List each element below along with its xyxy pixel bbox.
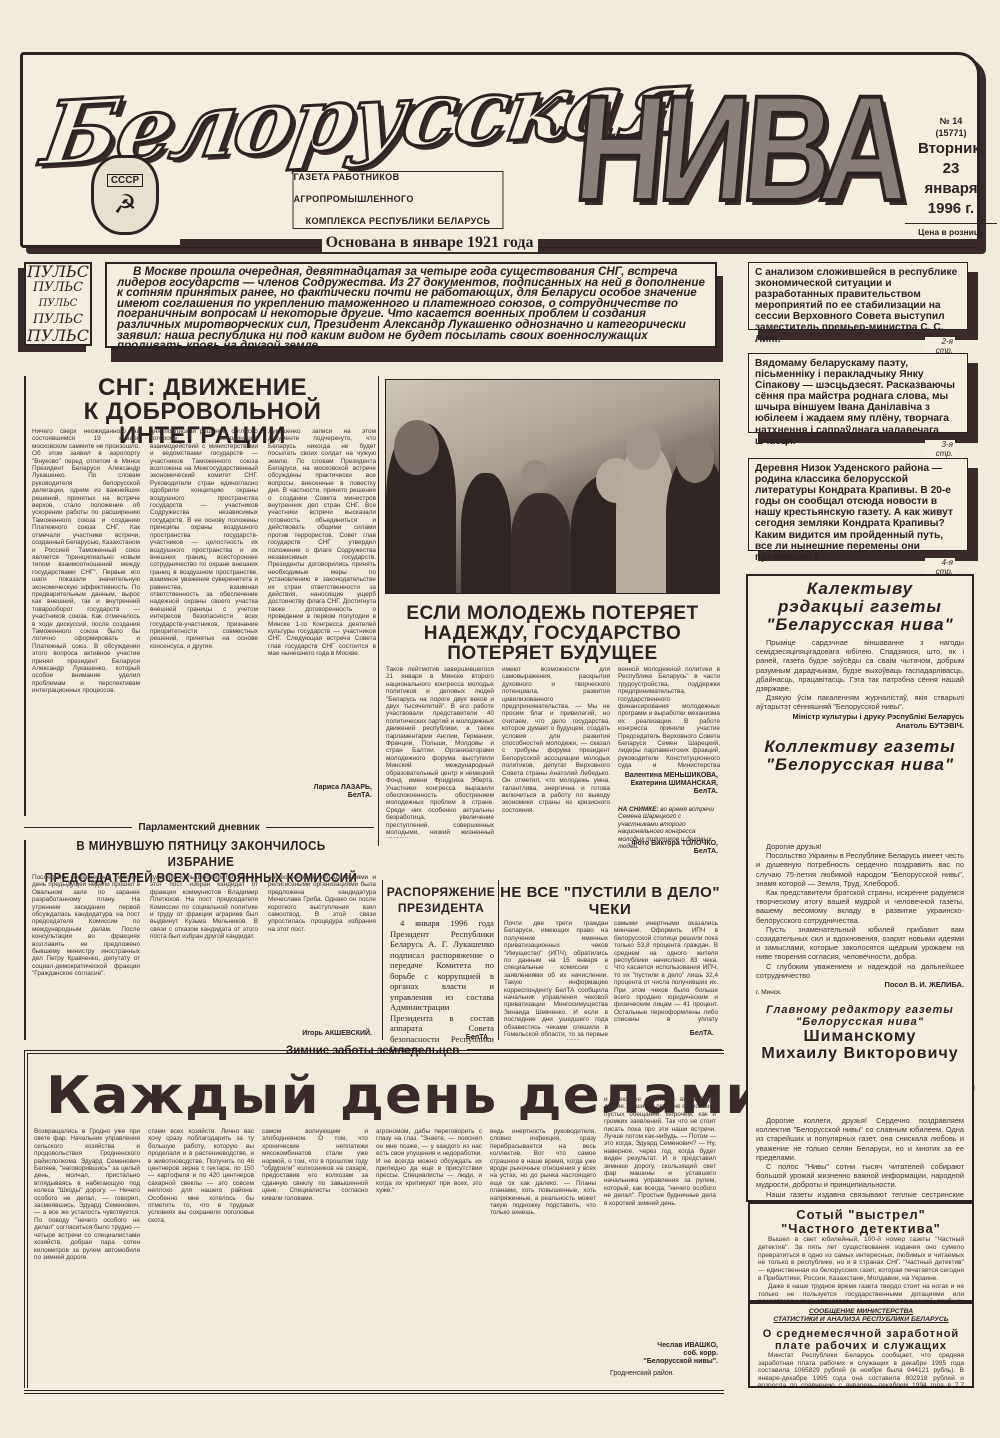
greeting-body: Дорогие коллеги, друзья! Сердечно поздра… bbox=[756, 1116, 964, 1202]
column-rule bbox=[378, 376, 379, 846]
teaser-text: С анализом сложившейся в республике экон… bbox=[755, 267, 961, 345]
cis-col-2: дня подписали решение, согласно которому… bbox=[150, 428, 258, 818]
author: Екатерина ШИМАНСКАЯ, bbox=[618, 780, 718, 788]
issue-year: 1996 г. bbox=[905, 199, 997, 219]
parliament-rubric: Парламентский дневник bbox=[24, 822, 374, 833]
paragraph: Прыміце сардэчнае віншаванне з нагоды се… bbox=[756, 638, 964, 693]
farm-byline: Чеслав ИВАШКО, соб. корр. "Белорусской н… bbox=[604, 1342, 718, 1366]
headline-line: НЕ ВСЕ "ПУСТИЛИ В ДЕЛО" bbox=[500, 884, 720, 901]
paragraph: Даже в наше трудное время газета твердо … bbox=[758, 1283, 964, 1302]
teaser-box: С анализом сложившейся в республике экон… bbox=[748, 262, 968, 330]
headline-line: В МИНУВШУЮ ПЯТНИЦУ ЗАКОНЧИЛОСЬ ИЗБРАНИЕ bbox=[42, 838, 360, 870]
newspaper-subtitle: ГАЗЕТА РАБОТНИКОВ АГРОПРОМЫШЛЕННОГО КОМП… bbox=[293, 171, 504, 229]
column-rule bbox=[24, 376, 26, 816]
paragraph: Вышел в свет юбилейный, 100-й номер газе… bbox=[758, 1236, 964, 1283]
person-head bbox=[521, 460, 549, 492]
greeting-signature: Міністр культуры і друку Рэспублікі Бела… bbox=[756, 712, 964, 730]
newspaper-title-block: НИВА bbox=[570, 73, 912, 223]
title-line: "Беларусская нива" bbox=[756, 616, 964, 634]
lead-paragraph: В Москве прошла очередная, девятнадцатая… bbox=[105, 262, 717, 348]
rubric-label: Зимние заботы земледельцев bbox=[286, 1045, 459, 1057]
farm-col-2: стами всех хозяйств. Лично вас хочу сраз… bbox=[148, 1128, 254, 1386]
issue-month: января bbox=[905, 179, 997, 199]
name-line: Михаилу Викторовичу bbox=[756, 1045, 964, 1062]
hammer-sickle-icon: ☭ bbox=[113, 191, 136, 217]
greeting-box-minister: Калектыву рэдакцыі газеты "Беларусская н… bbox=[746, 574, 974, 840]
agency: БелТА. bbox=[268, 792, 372, 800]
checks-col-2: самыми инертными оказались минчане. Офор… bbox=[614, 920, 718, 1024]
title-line: Коллективу газеты bbox=[756, 738, 964, 756]
emblem-text: СССР bbox=[107, 174, 143, 187]
photo-credit: Фото Виктора ТОЛОЧКО, БелТА. bbox=[618, 840, 718, 856]
farm-col-5: ведь инертность руководителя, словно инф… bbox=[490, 1128, 596, 1386]
teaser-text: Деревня Низок Узденского района — родина… bbox=[755, 463, 961, 563]
youth-byline: Валентина МЕНЬШИКОВА, Екатерина ШИМАНСКА… bbox=[618, 772, 718, 796]
headline-line: ЧЕКИ bbox=[500, 901, 720, 918]
farm-col-4: агрономом, дабы переговорить с глазу на … bbox=[376, 1128, 482, 1386]
parliament-col-2: культуре. Большинством голосов на этот п… bbox=[150, 874, 258, 1036]
greeting-signature: Посол В. И. ЖЕЛИБА. bbox=[756, 980, 964, 989]
founded-date: Основана в январе 1921 года bbox=[322, 234, 538, 252]
farm-col-6: и умеют ее делать — ахать будут другие. … bbox=[604, 1096, 716, 1340]
title-line: "Частного детектива" bbox=[758, 1222, 964, 1236]
paragraph: Пусть знаменательный юбилей прибавит вам… bbox=[756, 925, 964, 962]
pulse-word: ПУЛЬС bbox=[26, 264, 90, 280]
divider bbox=[538, 239, 981, 247]
greeting-title: Калектыву рэдакцыі газеты "Беларусская н… bbox=[756, 580, 964, 634]
pulse-word: ПУЛЬС bbox=[26, 296, 90, 312]
detective-box: Сотый "выстрел" "Частного детектива" Выш… bbox=[748, 1202, 974, 1302]
subtitle-line: КОМПЛЕКСА РЕСПУБЛИКИ БЕЛАРУСЬ bbox=[306, 211, 491, 233]
parliament-col-1: Последний, сокращенный рабочий день пред… bbox=[32, 874, 140, 1036]
teaser-box: Вядомаму беларускаму паэту, пісьменніку … bbox=[748, 353, 968, 433]
issue-total: (15771) bbox=[905, 127, 997, 139]
divider bbox=[266, 827, 374, 828]
farm-col-1: Возвращались в Гродно уже при свете фар.… bbox=[34, 1128, 140, 1386]
agency: БелТА. bbox=[618, 788, 718, 796]
bottom-rule bbox=[24, 1390, 724, 1394]
person-head bbox=[626, 425, 661, 470]
headline-line: ПОТЕРЯЕТ БУДУЩЕЕ bbox=[385, 644, 720, 664]
title-line: Главному редактору газеты bbox=[756, 1004, 964, 1016]
title-line: "Белорусская нива" bbox=[756, 1016, 964, 1028]
farm-rubric: Зимние заботы земледельцев bbox=[286, 1045, 722, 1057]
cis-col-3: Лукашенко записи на этом документе подче… bbox=[268, 428, 376, 778]
checks-agency: БелТА. bbox=[614, 1030, 714, 1038]
greeting-box-editor-body: Дорогие коллеги, друзья! Сердечно поздра… bbox=[746, 1112, 974, 1202]
teaser-page-ref[interactable]: 3-я стр. bbox=[925, 440, 955, 458]
author-title: соб. корр. bbox=[604, 1350, 718, 1358]
ministry-kicker: СООБЩЕНИЕ МИНИСТЕРСТВА СТАТИСТИКИ И АНАЛ… bbox=[758, 1308, 964, 1324]
ussr-order-emblem-icon: СССР ☭ bbox=[91, 155, 159, 235]
column-rule bbox=[498, 880, 499, 1040]
title-line: рэдакцыі газеты bbox=[756, 598, 964, 616]
paragraph: Дорогие коллеги, друзья! Сердечно поздра… bbox=[756, 1116, 964, 1162]
youth-col-1: Таков лейтмотив завершившегося 21 января… bbox=[386, 666, 494, 838]
author: Чеслав ИВАШКО, bbox=[604, 1342, 718, 1350]
greeting-title: Коллективу газеты "Белорусская нива" bbox=[756, 738, 964, 774]
headline-line: РАСПОРЯЖЕНИЕ bbox=[386, 884, 496, 900]
checks-headline: НЕ ВСЕ "ПУСТИЛИ В ДЕЛО" ЧЕКИ bbox=[500, 884, 720, 918]
greeting-box-editor: Главному редактору газеты "Белорусская н… bbox=[746, 1000, 974, 1118]
youth-col-3: венной молодежной политики в Республике … bbox=[618, 666, 720, 770]
pulse-rubric: ПУЛЬС ПУЛЬС ПУЛЬС ПУЛЬС ПУЛЬС bbox=[24, 262, 92, 346]
headline-line: НАДЕЖДУ, ГОСУДАРСТВО bbox=[385, 624, 720, 644]
youth-headline: ЕСЛИ МОЛОДЕЖЬ ПОТЕРЯЕТ НАДЕЖДУ, ГОСУДАРС… bbox=[385, 604, 720, 664]
greeting-recipient: Шиманскому Михаилу Викторовичу bbox=[756, 1028, 964, 1062]
title-line: плате рабочих и служащих bbox=[758, 1340, 964, 1352]
subtitle-line: ГАЗЕТА РАБОТНИКОВ АГРОПРОМЫШЛЕННОГО bbox=[294, 167, 503, 211]
greeting-city: г. Минск. bbox=[756, 989, 964, 996]
kicker-line: СООБЩЕНИЕ МИНИСТЕРСТВА bbox=[758, 1308, 964, 1316]
congress-photo bbox=[385, 379, 720, 594]
title-line: О среднемесячной заработной bbox=[758, 1328, 964, 1340]
credit: Фото Виктора ТОЛОЧКО, bbox=[618, 840, 718, 848]
decree-agency: БелТА. bbox=[390, 1034, 490, 1042]
author: Лариса ЛАЗАРЬ, bbox=[268, 784, 372, 792]
greeting-body: Дорогие друзья! Посольство Украины в Рес… bbox=[756, 842, 964, 980]
agency: БелТА. bbox=[618, 848, 718, 856]
issue-number: № 14 bbox=[905, 115, 997, 127]
parliament-byline: Игорь АКШЕВСКИЙ. bbox=[268, 1030, 372, 1038]
paragraph: С полос "Нивы" сотни тысяч читателей соб… bbox=[756, 1162, 964, 1190]
youth-col-2: имеют возможности для самовыражения, рас… bbox=[502, 666, 610, 838]
greeting-title: Главному редактору газеты "Белорусская н… bbox=[756, 1004, 964, 1028]
column-rule bbox=[382, 880, 383, 1040]
issue-day: 23 bbox=[905, 159, 997, 179]
paragraph: Наши газеты издавна связывают теплые сес… bbox=[756, 1190, 964, 1202]
cis-byline: Лариса ЛАЗАРЬ, БелТА. bbox=[268, 784, 372, 800]
column-rule bbox=[24, 840, 26, 1040]
headline-line: ПРЕЗИДЕНТА bbox=[386, 900, 496, 916]
person-head bbox=[676, 435, 714, 483]
person-head bbox=[394, 420, 439, 475]
founded-bar: Основана в январе 1921 года bbox=[180, 236, 980, 250]
issue-weekday: Вторник, bbox=[905, 139, 997, 159]
title-line: "Белорусская нива" bbox=[756, 756, 964, 774]
ministry-body: Минстат Республики Беларусь сообщает, чт… bbox=[758, 1352, 964, 1388]
paragraph: Дорогие друзья! bbox=[756, 842, 964, 851]
masthead: Белорусская НИВА СССР ☭ ГАЗЕТА РАБОТНИКО… bbox=[20, 52, 980, 248]
farm-location: Гродненский район. bbox=[610, 1370, 674, 1377]
parliament-col-3: общественными объединениями и религиозны… bbox=[268, 874, 376, 1024]
paragraph: Как представители братской страны, искре… bbox=[756, 888, 964, 925]
pulse-word: ПУЛЬС bbox=[26, 280, 90, 296]
paragraph: Дзякую ўсім пакаленням журналістаў, якія… bbox=[756, 693, 964, 711]
headline-line: ЕСЛИ МОЛОДЕЖЬ ПОТЕРЯЕТ bbox=[385, 604, 720, 624]
caption-label: НА СНИМКЕ: bbox=[618, 806, 658, 813]
headline-line: СНГ: ДВИЖЕНИЕ bbox=[30, 376, 375, 400]
teaser-box: Деревня Низок Узденского района — родина… bbox=[748, 458, 968, 551]
checks-col-1: Почти две трети граждан Беларуси, имеющи… bbox=[504, 920, 608, 1040]
name-line: Шиманскому bbox=[756, 1028, 964, 1045]
detective-title: Сотый "выстрел" "Частного детектива" bbox=[758, 1208, 964, 1236]
kicker-line: СТАТИСТИКИ И АНАЛИЗА РЕСПУБЛИКИ БЕЛАРУСЬ bbox=[758, 1316, 964, 1324]
teaser-text: Вядомаму беларускаму паэту, пісьменніку … bbox=[755, 358, 961, 447]
rubric-label: Парламентский дневник bbox=[138, 822, 259, 833]
author: Валентина МЕНЬШИКОВА, bbox=[618, 772, 718, 780]
title-line: Сотый "выстрел" bbox=[758, 1208, 964, 1222]
farm-col-3: самом волнующем и злободневном. О том, ч… bbox=[262, 1128, 368, 1386]
paragraph: С глубоким уважением и надеждой на дальн… bbox=[756, 962, 964, 980]
person-silhouette bbox=[511, 493, 571, 593]
cis-col-1: Ничего сверх неожиданного на состоявшемс… bbox=[32, 428, 140, 818]
divider bbox=[24, 827, 132, 828]
divider bbox=[467, 1049, 722, 1054]
sign-line: Міністр культуры і друку Рэспублікі Бела… bbox=[756, 712, 964, 721]
sign-line: Анатоль БУТЭВІЧ. bbox=[756, 721, 964, 730]
divider bbox=[180, 239, 322, 247]
decree-headline: РАСПОРЯЖЕНИЕ ПРЕЗИДЕНТА bbox=[386, 884, 496, 916]
ministry-box: СООБЩЕНИЕ МИНИСТЕРСТВА СТАТИСТИКИ И АНАЛ… bbox=[748, 1302, 974, 1388]
detective-body: Вышел в свет юбилейный, 100-й номер газе… bbox=[758, 1236, 964, 1302]
pulse-word: ПУЛЬС bbox=[26, 328, 90, 344]
greeting-body: Прыміце сардэчнае віншаванне з нагоды се… bbox=[756, 638, 964, 712]
title-line: Калектыву bbox=[756, 580, 964, 598]
paragraph: Посольство Украины в Республике Беларусь… bbox=[756, 851, 964, 888]
person-silhouette bbox=[461, 473, 511, 593]
ministry-title: О среднемесячной заработной плате рабочи… bbox=[758, 1328, 964, 1352]
author-title: "Белорусской нивы". bbox=[604, 1358, 718, 1366]
